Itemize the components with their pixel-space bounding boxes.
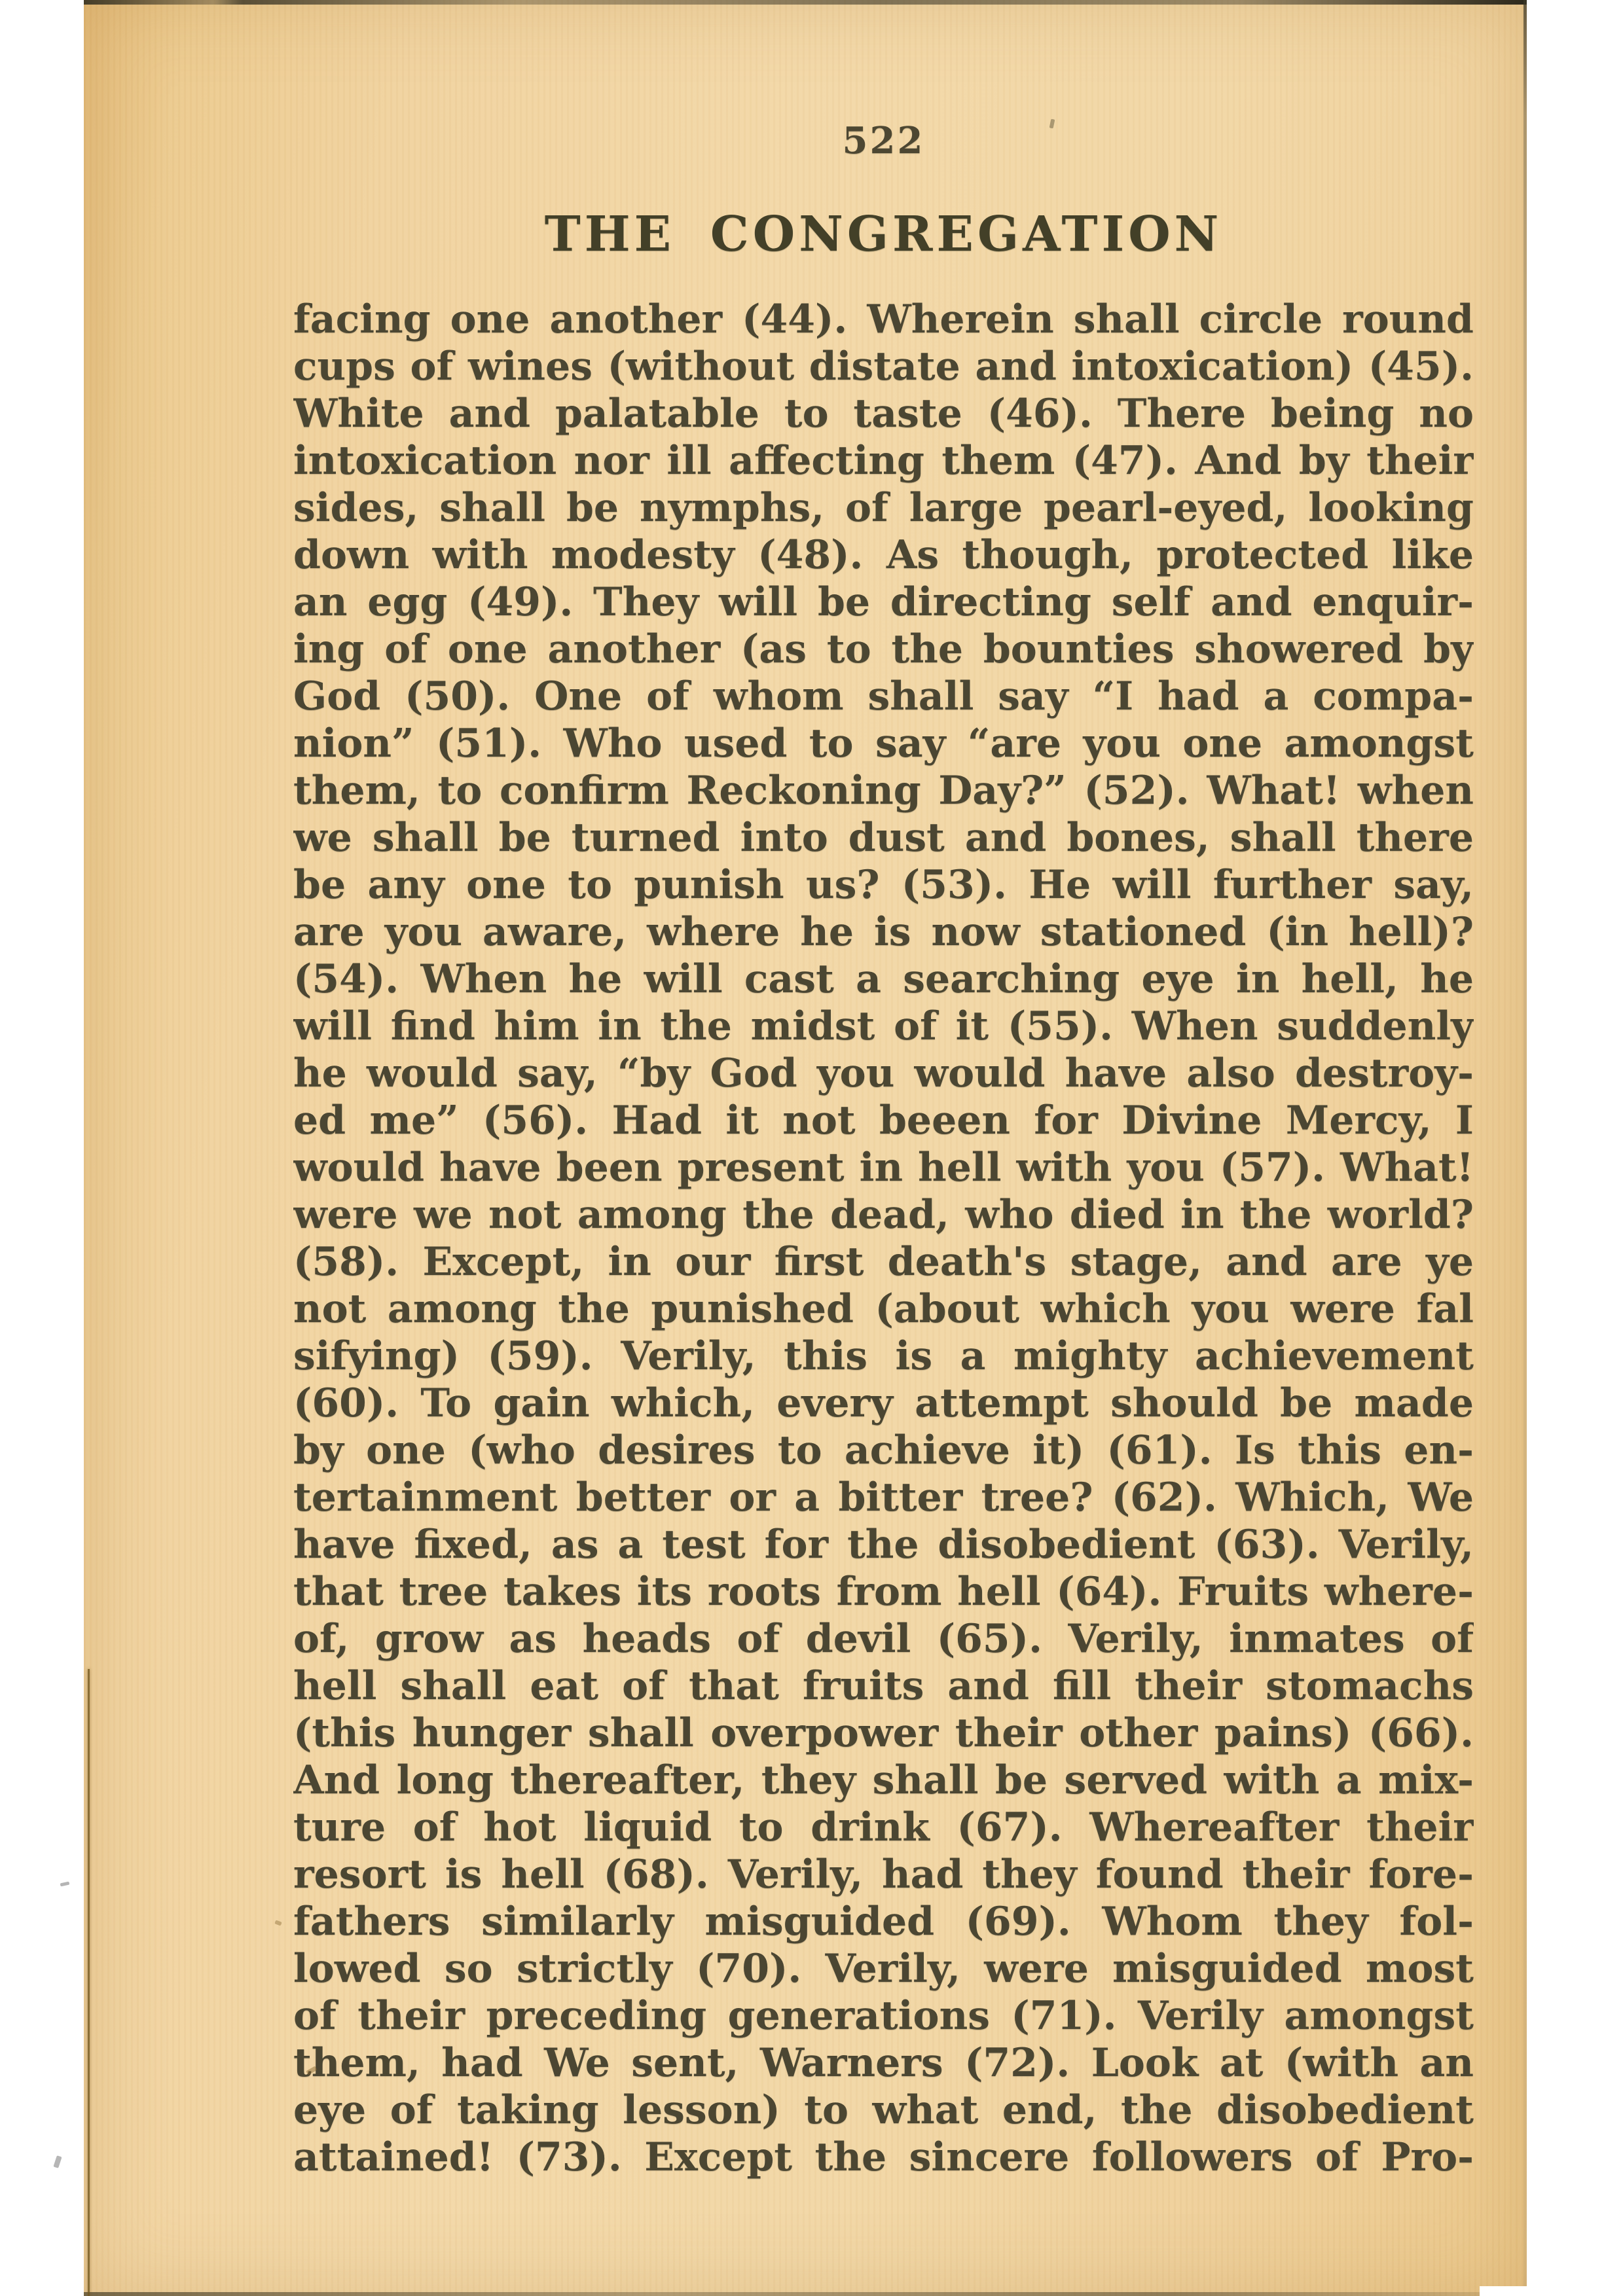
scan-speck — [60, 1882, 70, 1887]
text-line: have fixed, as a test for the disobedien… — [293, 1521, 1474, 1568]
page-number: 522 — [293, 119, 1474, 162]
text-line: eye of taking lesson) to what end, the d… — [293, 2087, 1474, 2134]
scan-top-edge-line — [84, 0, 1527, 5]
scan-speck — [53, 2155, 62, 2168]
text-line: White and palatable to taste (46). There… — [293, 390, 1474, 437]
text-line: God (50). One of whom shall say “I had a… — [293, 673, 1474, 720]
text-line: fathers similarly misguided (69). Whom t… — [293, 1898, 1474, 1945]
text-line: would have been present in hell with you… — [293, 1144, 1474, 1191]
paper-left-edge-line — [88, 1669, 90, 2296]
text-line: resort is hell (68). Verily, had they fo… — [293, 1851, 1474, 1898]
text-line: (this hunger shall overpower their other… — [293, 1710, 1474, 1757]
text-line: sifying) (59). Verily, this is a mighty … — [293, 1333, 1474, 1380]
text-line: attained! (73). Except the sincere follo… — [293, 2134, 1474, 2181]
scan-bottom-edge-line — [84, 2292, 1527, 2296]
text-line: we shall be turned into dust and bones, … — [293, 814, 1474, 861]
text-line: were we not among the dead, who died in … — [293, 1191, 1474, 1238]
text-line: facing one another (44). Wherein shall c… — [293, 296, 1474, 343]
text-line: an egg (49). They will be directing self… — [293, 579, 1474, 626]
text-line: sides, shall be nymphs, of large pearl-e… — [293, 484, 1474, 531]
text-line: down with modesty (48). As though, prote… — [293, 531, 1474, 579]
text-line: them, to confirm Reckoning Day?” (52). W… — [293, 767, 1474, 814]
text-line: are you aware, where he is now stationed… — [293, 908, 1474, 956]
text-line: ture of hot liquid to drink (67). Wherea… — [293, 1804, 1474, 1851]
text-line: ing of one another (as to the bounties s… — [293, 626, 1474, 673]
bottom-right-corner-notch — [1480, 2286, 1527, 2296]
text-line: of their preceding generations (71). Ver… — [293, 1992, 1474, 2039]
text-line: (60). To gain which, every attempt shoul… — [293, 1380, 1474, 1427]
text-line: hell shall eat of that fruits and fill t… — [293, 1662, 1474, 1710]
text-line: that tree takes its roots from hell (64)… — [293, 1568, 1474, 1615]
text-line: (54). When he will cast a searching eye … — [293, 956, 1474, 1003]
text-line: And long thereafter, they shall be serve… — [293, 1757, 1474, 1804]
book-page-paper: 522 THE CONGREGATION facing one another … — [84, 0, 1527, 2296]
text-line: tertainment better or a bitter tree? (62… — [293, 1474, 1474, 1521]
text-line: not among the punished (about which you … — [293, 1285, 1474, 1333]
body-text: facing one another (44). Wherein shall c… — [293, 296, 1474, 2181]
text-line: (58). Except, in our first death's stage… — [293, 1238, 1474, 1285]
text-line: ed me” (56). Had it not beeen for Divine… — [293, 1097, 1474, 1144]
text-line: lowed so strictly (70). Verily, were mis… — [293, 1945, 1474, 1992]
text-line: be any one to punish us? (53). He will f… — [293, 861, 1474, 908]
text-line: he would say, “by God you would have als… — [293, 1050, 1474, 1097]
text-line: of, grow as heads of devil (65). Verily,… — [293, 1615, 1474, 1662]
text-line: them, had We sent, Warners (72). Look at… — [293, 2039, 1474, 2087]
scanned-book-page-screenshot: { "colors": { "paper": "#f2d7a6", "ink":… — [0, 0, 1623, 2296]
page-title: THE CONGREGATION — [293, 208, 1474, 260]
text-line: will find him in the midst of it (55). W… — [293, 1003, 1474, 1050]
text-line: cups of wines (without distate and intox… — [293, 343, 1474, 390]
text-line: intoxication nor ill affecting them (47)… — [293, 437, 1474, 484]
text-line: by one (who desires to achieve it) (61).… — [293, 1427, 1474, 1474]
paper-right-edge-shadow — [1523, 0, 1527, 2296]
scan-speck — [274, 1920, 282, 1926]
text-line: nion” (51). Who used to say “are you one… — [293, 720, 1474, 767]
